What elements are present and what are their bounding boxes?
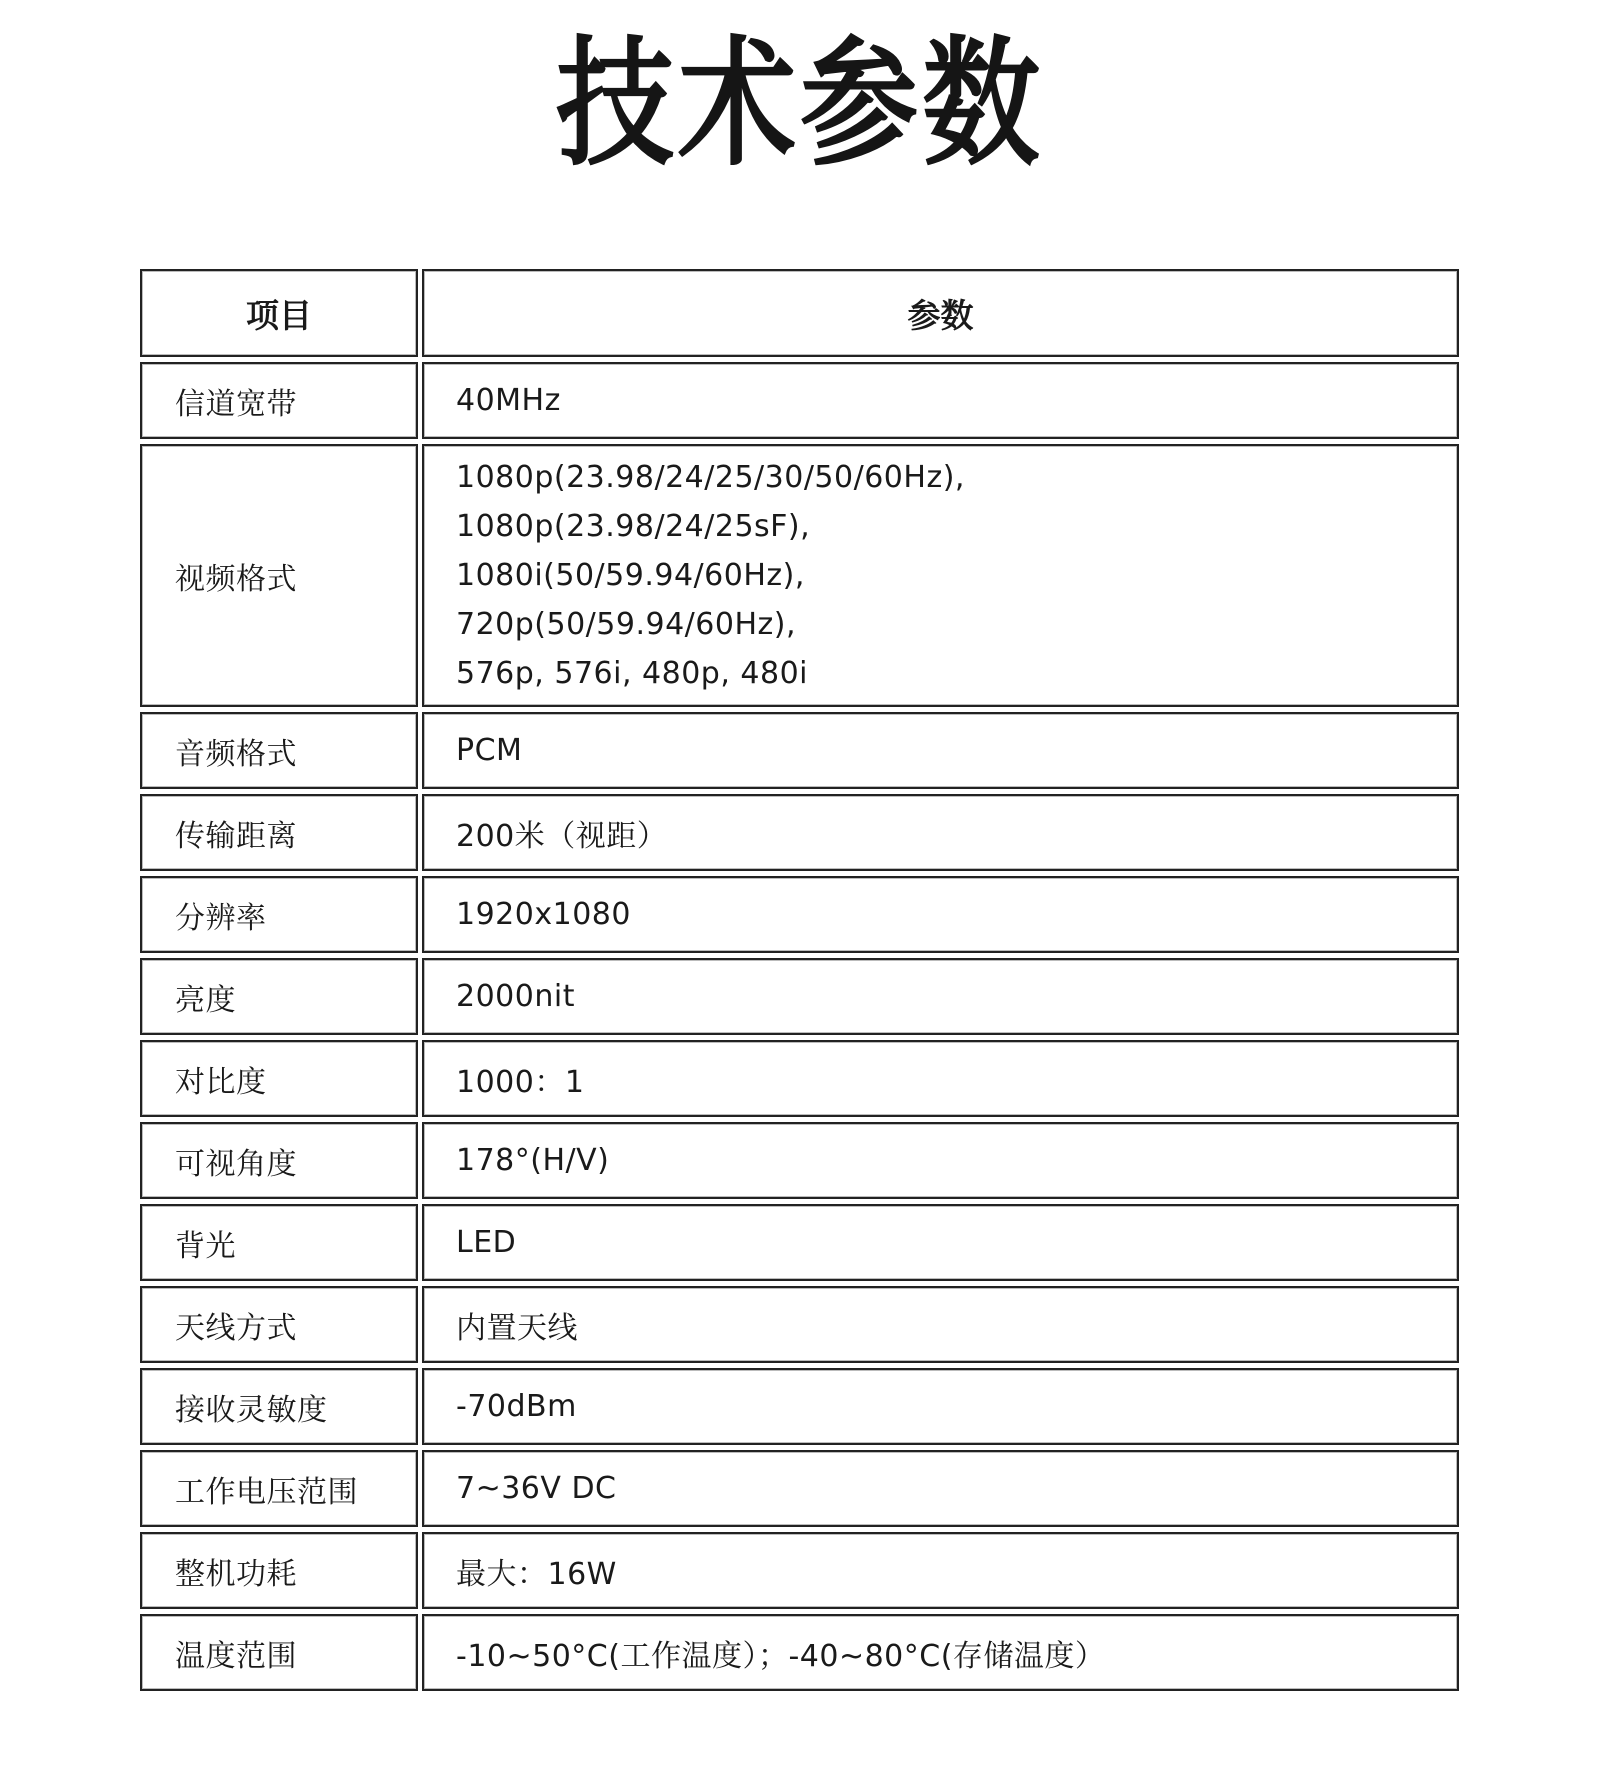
table-row: 视频格式 1080p(23.98/24/25/30/50/60Hz), 1080… [140, 444, 1459, 707]
row-label: 工作电压范围 [140, 1450, 418, 1527]
table-header-row: 项目 参数 [140, 269, 1459, 357]
row-label: 温度范围 [140, 1614, 418, 1691]
page-title: 技术参数 [0, 34, 1600, 173]
row-value: 内置天线 [422, 1286, 1459, 1363]
row-value: 40MHz [422, 362, 1459, 439]
table-row: 背光 LED [140, 1204, 1459, 1281]
row-label: 天线方式 [140, 1286, 418, 1363]
row-label: 分辨率 [140, 876, 418, 953]
table-row: 对比度 1000：1 [140, 1040, 1459, 1117]
row-label: 接收灵敏度 [140, 1368, 418, 1445]
row-value: 2000nit [422, 958, 1459, 1035]
table-row: 传输距离 200米（视距） [140, 794, 1459, 871]
row-label: 视频格式 [140, 444, 418, 707]
row-label: 背光 [140, 1204, 418, 1281]
value-line: 1080i(50/59.94/60Hz), [456, 551, 805, 600]
table-row: 天线方式 内置天线 [140, 1286, 1459, 1363]
row-value: 7~36V DC [422, 1450, 1459, 1527]
row-value: 178°(H/V) [422, 1122, 1459, 1199]
spec-table: 项目 参数 信道宽带 40MHz 视频格式 1080p(23.98/24/25/… [140, 269, 1459, 1696]
row-value: 1920x1080 [422, 876, 1459, 953]
table-row: 音频格式 PCM [140, 712, 1459, 789]
row-value: 1000：1 [422, 1040, 1459, 1117]
table-row: 可视角度 178°(H/V) [140, 1122, 1459, 1199]
row-value: 1080p(23.98/24/25/30/50/60Hz), 1080p(23.… [422, 444, 1459, 707]
row-label: 音频格式 [140, 712, 418, 789]
value-line: 1080p(23.98/24/25/30/50/60Hz), [456, 453, 965, 502]
row-label: 可视角度 [140, 1122, 418, 1199]
table-row: 分辨率 1920x1080 [140, 876, 1459, 953]
value-line: 720p(50/59.94/60Hz), [456, 600, 796, 649]
table-row: 信道宽带 40MHz [140, 362, 1459, 439]
row-value: 最大：16W [422, 1532, 1459, 1609]
row-label: 传输距离 [140, 794, 418, 871]
row-value: LED [422, 1204, 1459, 1281]
table-row: 接收灵敏度 -70dBm [140, 1368, 1459, 1445]
row-label: 对比度 [140, 1040, 418, 1117]
row-value: -70dBm [422, 1368, 1459, 1445]
row-label: 整机功耗 [140, 1532, 418, 1609]
table-row: 工作电压范围 7~36V DC [140, 1450, 1459, 1527]
header-item: 项目 [140, 269, 418, 357]
table-row: 整机功耗 最大：16W [140, 1532, 1459, 1609]
table-row: 温度范围 -10~50°C(工作温度）；-40~80°C(存储温度） [140, 1614, 1459, 1691]
row-label: 信道宽带 [140, 362, 418, 439]
row-value: 200米（视距） [422, 794, 1459, 871]
row-value: -10~50°C(工作温度）；-40~80°C(存储温度） [422, 1614, 1459, 1691]
table-row: 亮度 2000nit [140, 958, 1459, 1035]
row-label: 亮度 [140, 958, 418, 1035]
value-line: 1080p(23.98/24/25sF), [456, 502, 810, 551]
value-line: 576p, 576i, 480p, 480i [456, 649, 808, 698]
row-value: PCM [422, 712, 1459, 789]
header-value: 参数 [422, 269, 1459, 357]
